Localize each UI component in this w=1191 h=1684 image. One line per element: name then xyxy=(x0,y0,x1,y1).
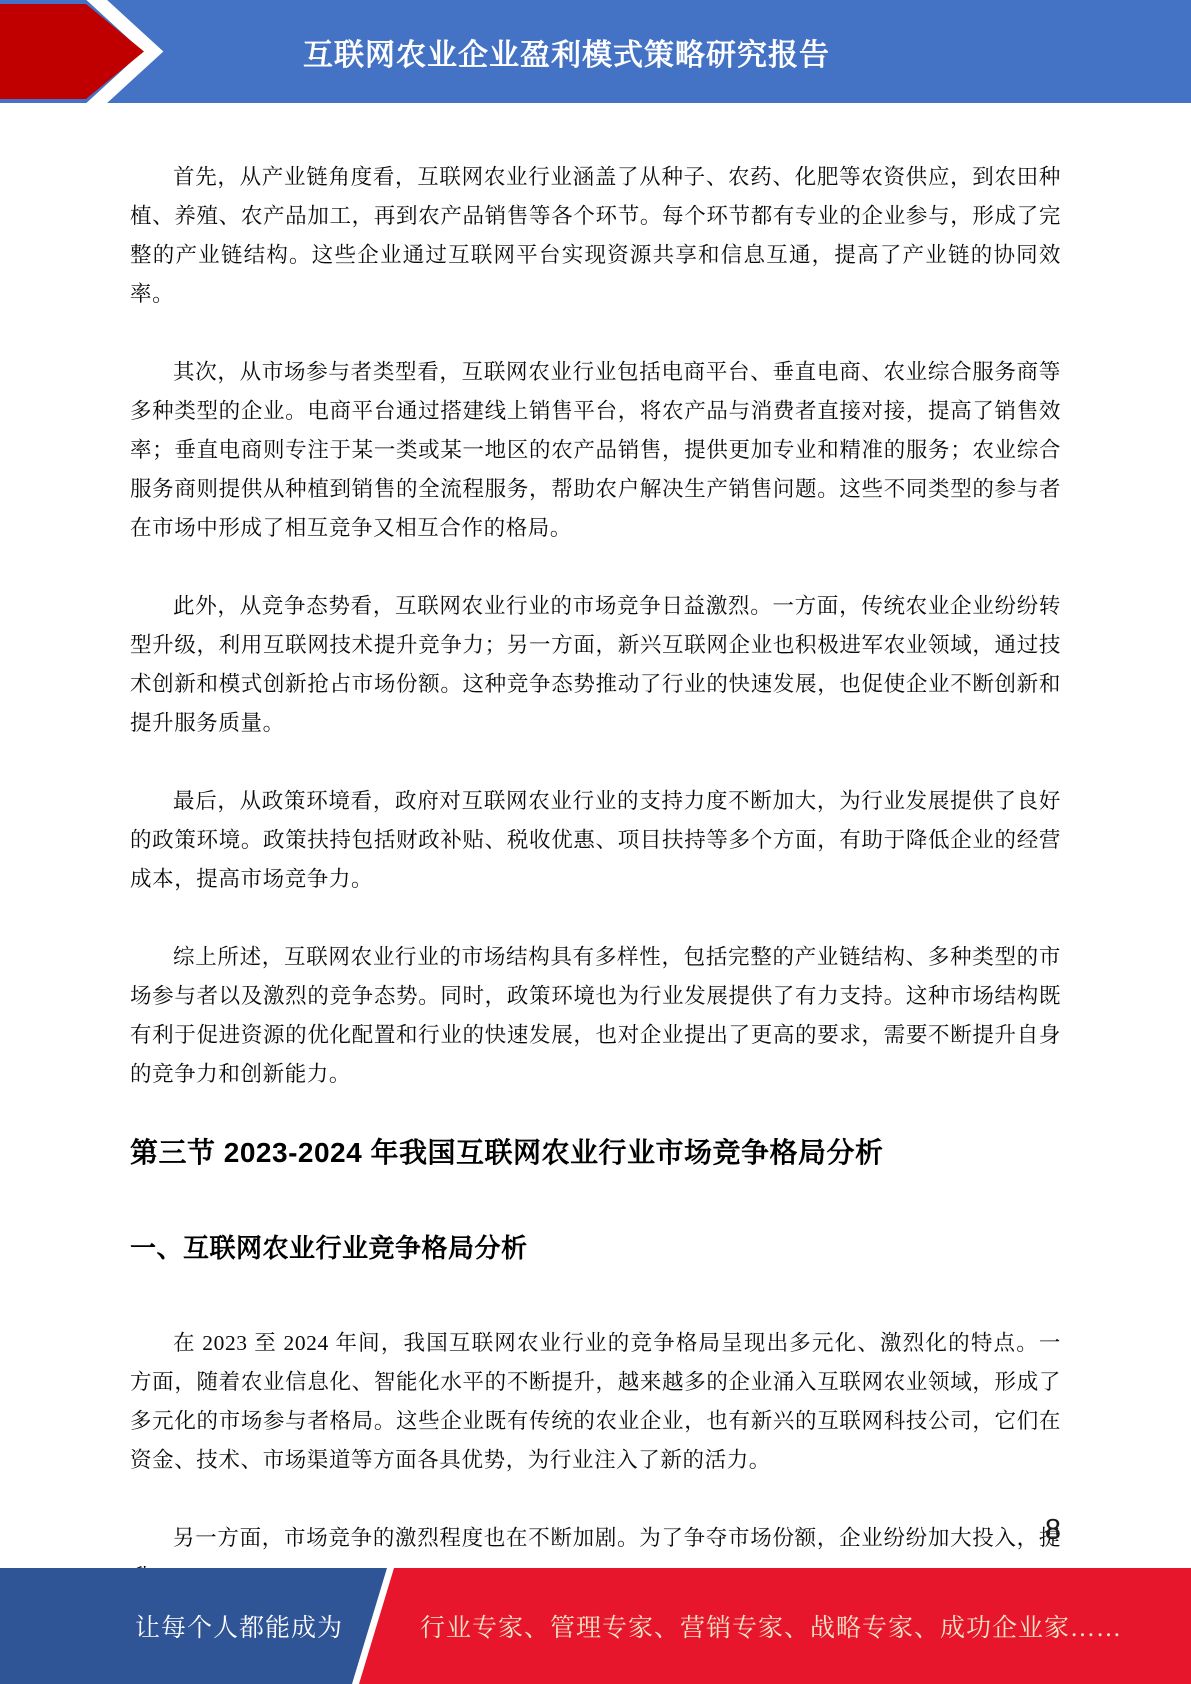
subsection-heading: 一、互联网农业行业竞争格局分析 xyxy=(130,1230,1061,1266)
report-title: 互联网农业企业盈利模式策略研究报告 xyxy=(0,0,1191,103)
page-body: 首先，从产业链角度看，互联网农业行业涵盖了从种子、农药、化肥等农资供应，到农田种… xyxy=(130,158,1061,1636)
paragraph: 首先，从产业链角度看，互联网农业行业涵盖了从种子、农药、化肥等农资供应，到农田种… xyxy=(130,158,1061,314)
paragraph: 最后，从政策环境看，政府对互联网农业行业的支持力度不断加大，为行业发展提供了良好… xyxy=(130,782,1061,899)
paragraph: 其次，从市场参与者类型看，互联网农业行业包括电商平台、垂直电商、农业综合服务商等… xyxy=(130,353,1061,548)
section-heading: 第三节 2023-2024 年我国互联网农业行业市场竞争格局分析 xyxy=(130,1133,1061,1173)
paragraph: 综上所述，互联网农业行业的市场结构具有多样性，包括完整的产业链结构、多种类型的市… xyxy=(130,938,1061,1094)
footer-slogan-left: 让每个人都能成为 xyxy=(135,1608,343,1644)
report-page: 互联网农业企业盈利模式策略研究报告 首先，从产业链角度看，互联网农业行业涵盖了从… xyxy=(0,0,1191,1684)
page-header: 互联网农业企业盈利模式策略研究报告 xyxy=(0,0,1191,103)
footer-slogan-right: 行业专家、管理专家、营销专家、战略专家、成功企业家…… xyxy=(420,1608,1122,1644)
page-footer: 让每个人都能成为 行业专家、管理专家、营销专家、战略专家、成功企业家…… xyxy=(0,1568,1191,1684)
paragraph: 此外，从竞争态势看，互联网农业行业的市场竞争日益激烈。一方面，传统农业企业纷纷转… xyxy=(130,587,1061,743)
paragraph: 在 2023 至 2024 年间，我国互联网农业行业的竞争格局呈现出多元化、激烈… xyxy=(130,1324,1061,1480)
page-number: 8 xyxy=(130,1514,1061,1547)
